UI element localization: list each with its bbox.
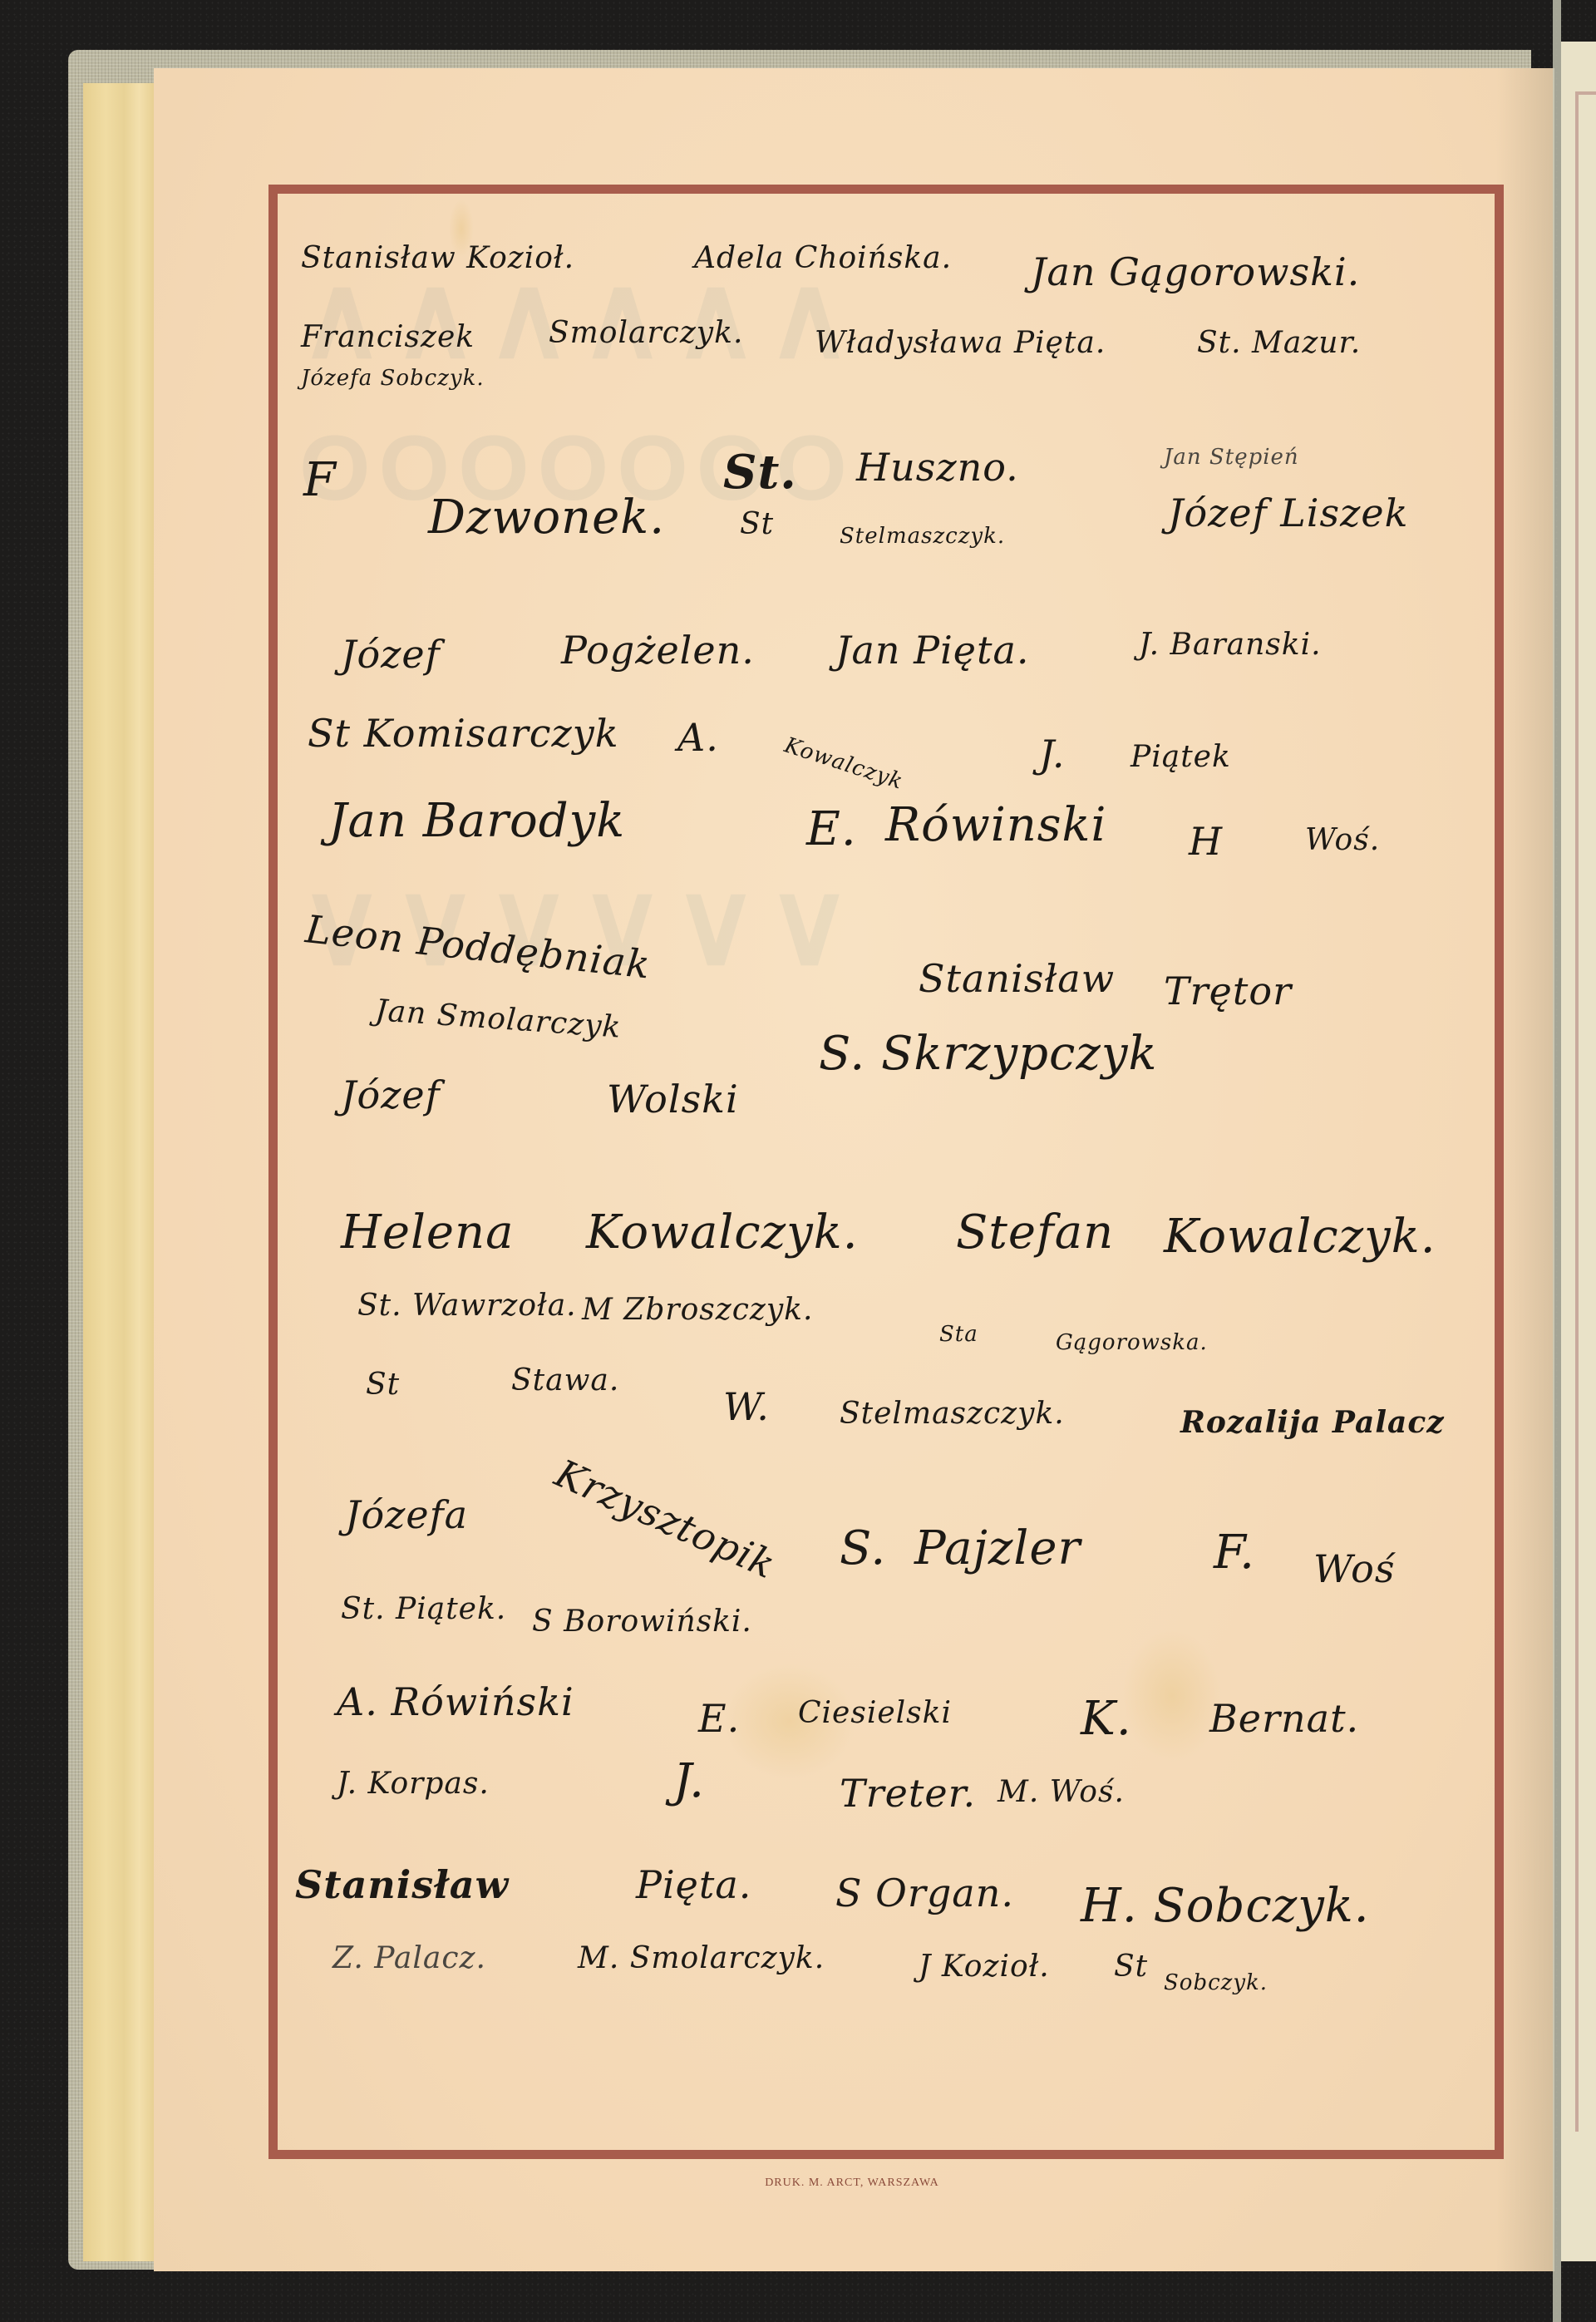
signature: M. Smolarczyk.	[578, 1941, 825, 1975]
signature: Gągorowska.	[1056, 1330, 1208, 1355]
signature: S.	[840, 1521, 886, 1575]
signature: Władysława Pięta.	[815, 326, 1106, 360]
signature: J. Korpas.	[337, 1767, 490, 1801]
signature: Trętor	[1164, 969, 1292, 1013]
signature: Franciszek	[301, 320, 475, 354]
signature: Rówinski	[885, 798, 1106, 852]
signature: Pięta.	[636, 1862, 751, 1907]
signature: E.	[698, 1696, 740, 1741]
signature: Kowalczyk.	[586, 1205, 859, 1260]
signature: Stefan	[956, 1205, 1114, 1260]
signature: St Komisarczyk	[308, 711, 619, 756]
signature: S. Skrzypczyk	[819, 1027, 1157, 1081]
signature: St	[366, 1368, 400, 1402]
signature: Jan Stępień	[1164, 445, 1299, 470]
signature: St. Piątek.	[341, 1592, 506, 1626]
signature: Stelmaszczyk.	[840, 1397, 1065, 1431]
signature: S Borowiński.	[532, 1605, 752, 1639]
signature: St. Mazur.	[1197, 326, 1361, 360]
signature: Woś	[1313, 1546, 1395, 1591]
signature: Jan Gągorowski.	[1031, 249, 1360, 294]
signature: A.	[677, 715, 719, 760]
signature: Józefa Sobczyk.	[301, 366, 485, 391]
signature: Dzwonek.	[428, 491, 665, 545]
signature: J.	[1039, 732, 1066, 776]
signature: Józef Liszek	[1168, 491, 1408, 535]
signature: Huszno.	[856, 445, 1019, 490]
signature: Sobczyk.	[1164, 1970, 1268, 1995]
signature: Wolski	[607, 1077, 739, 1122]
signature: M. Woś.	[997, 1775, 1125, 1809]
signature: Stanisław Kozioł.	[301, 241, 574, 275]
signature: E.	[806, 802, 857, 856]
signature: St	[740, 507, 774, 541]
signature: St. Wawrzoła.	[357, 1289, 577, 1323]
signature: H. Sobczyk.	[1081, 1879, 1370, 1933]
signature: Jan Pięta.	[835, 628, 1030, 673]
signature: H	[1189, 819, 1223, 864]
signature: J.	[673, 1754, 705, 1808]
signature: Helena	[341, 1205, 514, 1260]
signature: Jan Barodyk	[328, 794, 625, 848]
signature: Pogżelen.	[561, 628, 755, 673]
gutter-strip	[1553, 0, 1561, 2322]
signature: K.	[1081, 1692, 1132, 1746]
signature: J Kozioł.	[919, 1950, 1050, 1984]
signature: F	[303, 453, 337, 507]
signature: Józefa	[345, 1492, 468, 1537]
signature: Woś.	[1305, 823, 1380, 857]
signature: J. Baranski.	[1139, 628, 1322, 662]
printer-imprint: DRUK. M. ARCT, WARSZAWA	[0, 2177, 1596, 2190]
signature: Z. Palacz.	[332, 1941, 486, 1975]
signature: Stelmaszczyk.	[840, 524, 1005, 549]
signature: F.	[1214, 1526, 1255, 1580]
signature: Bernat.	[1209, 1696, 1359, 1741]
signature: S Organ.	[835, 1871, 1014, 1915]
signature: W.	[723, 1384, 770, 1429]
signature: Treter.	[840, 1771, 976, 1816]
signature: Stawa.	[511, 1363, 619, 1398]
signature: Adela Choińska.	[694, 241, 952, 275]
signature: Rozalija Palacz	[1180, 1405, 1445, 1440]
signature: Ciesielski	[798, 1696, 952, 1730]
signature: St	[1114, 1950, 1148, 1984]
signature: Stanisław	[295, 1862, 509, 1907]
signature: Kowalczyk.	[1164, 1210, 1436, 1264]
signature: Józef	[341, 632, 441, 677]
signature: Piątek	[1130, 740, 1231, 774]
signature: A. Rówiński	[337, 1679, 574, 1724]
signature: Pajzler	[914, 1521, 1081, 1575]
signature: Smolarczyk.	[549, 316, 743, 350]
signature: St.	[723, 445, 797, 500]
signature: Józef	[341, 1072, 441, 1117]
signature: M Zbroszczyk.	[582, 1293, 813, 1327]
signature: Stanisław	[919, 956, 1115, 1001]
spine-shadow	[1496, 68, 1554, 2271]
signature: Sta	[939, 1322, 978, 1347]
adjacent-page-frame	[1575, 91, 1596, 2132]
page-edges	[83, 83, 159, 2261]
